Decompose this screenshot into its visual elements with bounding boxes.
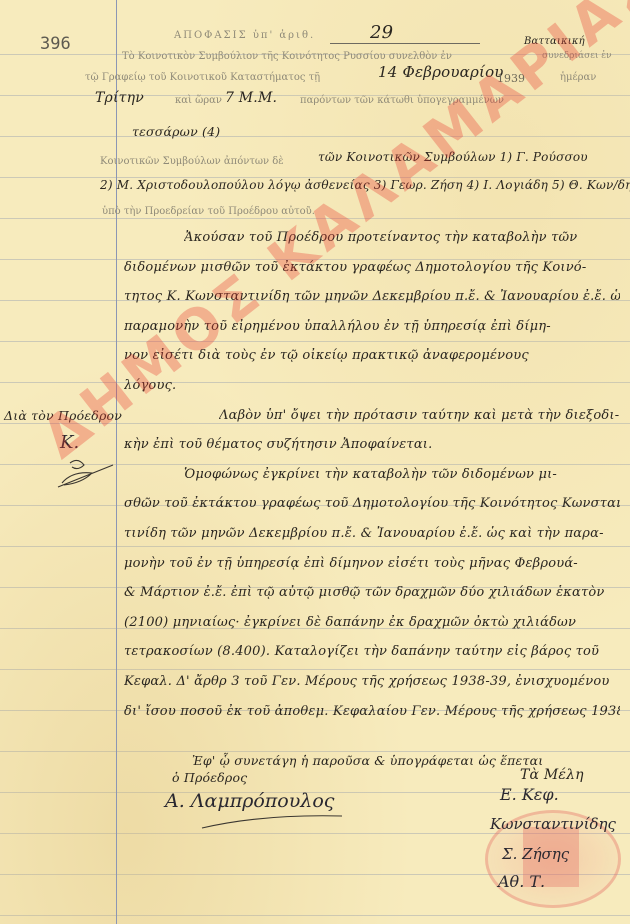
decision-number: 29 bbox=[330, 22, 480, 44]
header-line-2: τῷ Γραφείῳ τοῦ Κοινοτικοῦ Καταστήματος τ… bbox=[85, 72, 320, 83]
meeting-date: 14 Φεβρουαρίου bbox=[378, 63, 504, 81]
body-line: σθῶν τοῦ ἐκτάκτου γραφέως τοῦ Δημοτολογί… bbox=[124, 496, 620, 511]
body-line: & Μάρτιον ἐ.ἔ. ἐπὶ τῷ αὐτῷ μισθῷ τῶν δρα… bbox=[124, 585, 604, 600]
margin-signature-flourish bbox=[50, 455, 120, 495]
member-signature: Σ. Ζήσης bbox=[502, 845, 569, 863]
present-count: τεσσάρων (4) bbox=[132, 124, 220, 139]
body-line: τινίδη τῶν μηνῶν Δεκεμβρίου π.ἔ. & Ἰανου… bbox=[124, 526, 604, 541]
body-line: τετρακοσίων (8.400). Καταλογίζει τὴν δαπ… bbox=[124, 644, 599, 659]
page-number: 396 bbox=[40, 34, 71, 54]
margin-initials: Κ. bbox=[60, 432, 79, 453]
body-line: Ἀκούσαν τοῦ Προέδρου προτείναντος τὴν κα… bbox=[184, 230, 577, 245]
member-signature: Ε. Κεφ. bbox=[500, 785, 559, 804]
meeting-weekday: Τρίτην bbox=[95, 90, 144, 106]
member-signature: Κωνσταντινίδης bbox=[490, 815, 616, 833]
member-signature: Αθ. Τ. bbox=[498, 872, 545, 891]
absent-members-2: 2) Μ. Χριστοδουλοπούλου λόγῳ ἀσθενείας 3… bbox=[100, 178, 630, 192]
present-label: παρόντων τῶν κάτωθι ὑπογεγραμμένων bbox=[300, 95, 504, 106]
closing-line: Ἐφ' ᾧ συνετάγη ἡ παροῦσα & ὑπογράφεται ὡ… bbox=[192, 753, 543, 768]
session-label: συνεδριάσει ἐν bbox=[542, 51, 612, 61]
body-line: διδομένων μισθῶν τοῦ ἐκτάκτου γραφέως Δη… bbox=[124, 260, 586, 275]
president-signature-underline bbox=[200, 812, 350, 832]
body-line: (2100) μηνιαίως· ἐγκρίνει δὲ δαπάνην ἐκ … bbox=[124, 615, 576, 630]
chair-line: ὑπὸ τὴν Προεδρείαν τοῦ Προέδρου αὐτοῦ. bbox=[102, 206, 315, 217]
president-signature: Α. Λαμπρόπουλος bbox=[165, 790, 334, 812]
meeting-year: 1939 bbox=[497, 72, 525, 85]
margin-note-label: Διὰ τὸν Πρόεδρον bbox=[4, 408, 122, 423]
day-label: ἡμέραν bbox=[560, 72, 596, 83]
body-line: παραμονὴν τοῦ εἰρημένου ὑπαλλήλου ἐν τῇ … bbox=[124, 319, 551, 334]
absent-label: Κοινοτικῶν Συμβούλων ἀπόντων δὲ bbox=[100, 156, 284, 167]
body-line: Κεφαλ. Δ' ἄρθρ 3 τοῦ Γεν. Μέρους τῆς χρή… bbox=[124, 674, 609, 689]
members-label: Τὰ Μέλη bbox=[520, 767, 584, 783]
decision-title: ΑΠΟΦΑΣΙΣ ὑπ' ἀριθ. bbox=[174, 30, 315, 41]
session-type: Βατταικική bbox=[524, 36, 585, 47]
hour-label: καὶ ὥραν bbox=[175, 95, 222, 106]
meeting-hour: 7 Μ.Μ. bbox=[225, 90, 277, 106]
body-line: τητος Κ. Κωνσταντινίδη τῶν μηνῶν Δεκεμβρ… bbox=[124, 289, 620, 304]
absent-members-1: τῶν Κοινοτικῶν Συμβούλων 1) Γ. Ρούσσου bbox=[318, 150, 588, 164]
body-line: δι' ἴσου ποσοῦ ἐκ τοῦ ἀποθεμ. Κεφαλαίου … bbox=[124, 704, 620, 719]
body-line: νον εἰσέτι διὰ τοὺς ἐν τῷ οἰκείῳ πρακτικ… bbox=[124, 348, 529, 363]
body-line: κὴν ἐπὶ τοῦ θέματος συζήτησιν Ἀποφαίνετα… bbox=[124, 437, 432, 452]
president-label: ὁ Πρόεδρος bbox=[172, 770, 247, 785]
body-line: Λαβὸν ὑπ' ὄψει τὴν πρότασιν ταύτην καὶ μ… bbox=[219, 408, 619, 423]
body-line: μονὴν τοῦ ἐν τῇ ὑπηρεσίᾳ ἐπὶ δίμηνον εἰσ… bbox=[124, 556, 578, 571]
header-line-1: Τὸ Κοινοτικὸν Συμβούλιον τῆς Κοινότητος … bbox=[122, 51, 452, 62]
body-line: λόγους. bbox=[124, 378, 176, 393]
body-line: Ὁμοφώνως ἐγκρίνει τὴν καταβολὴν τῶν διδο… bbox=[184, 467, 557, 482]
